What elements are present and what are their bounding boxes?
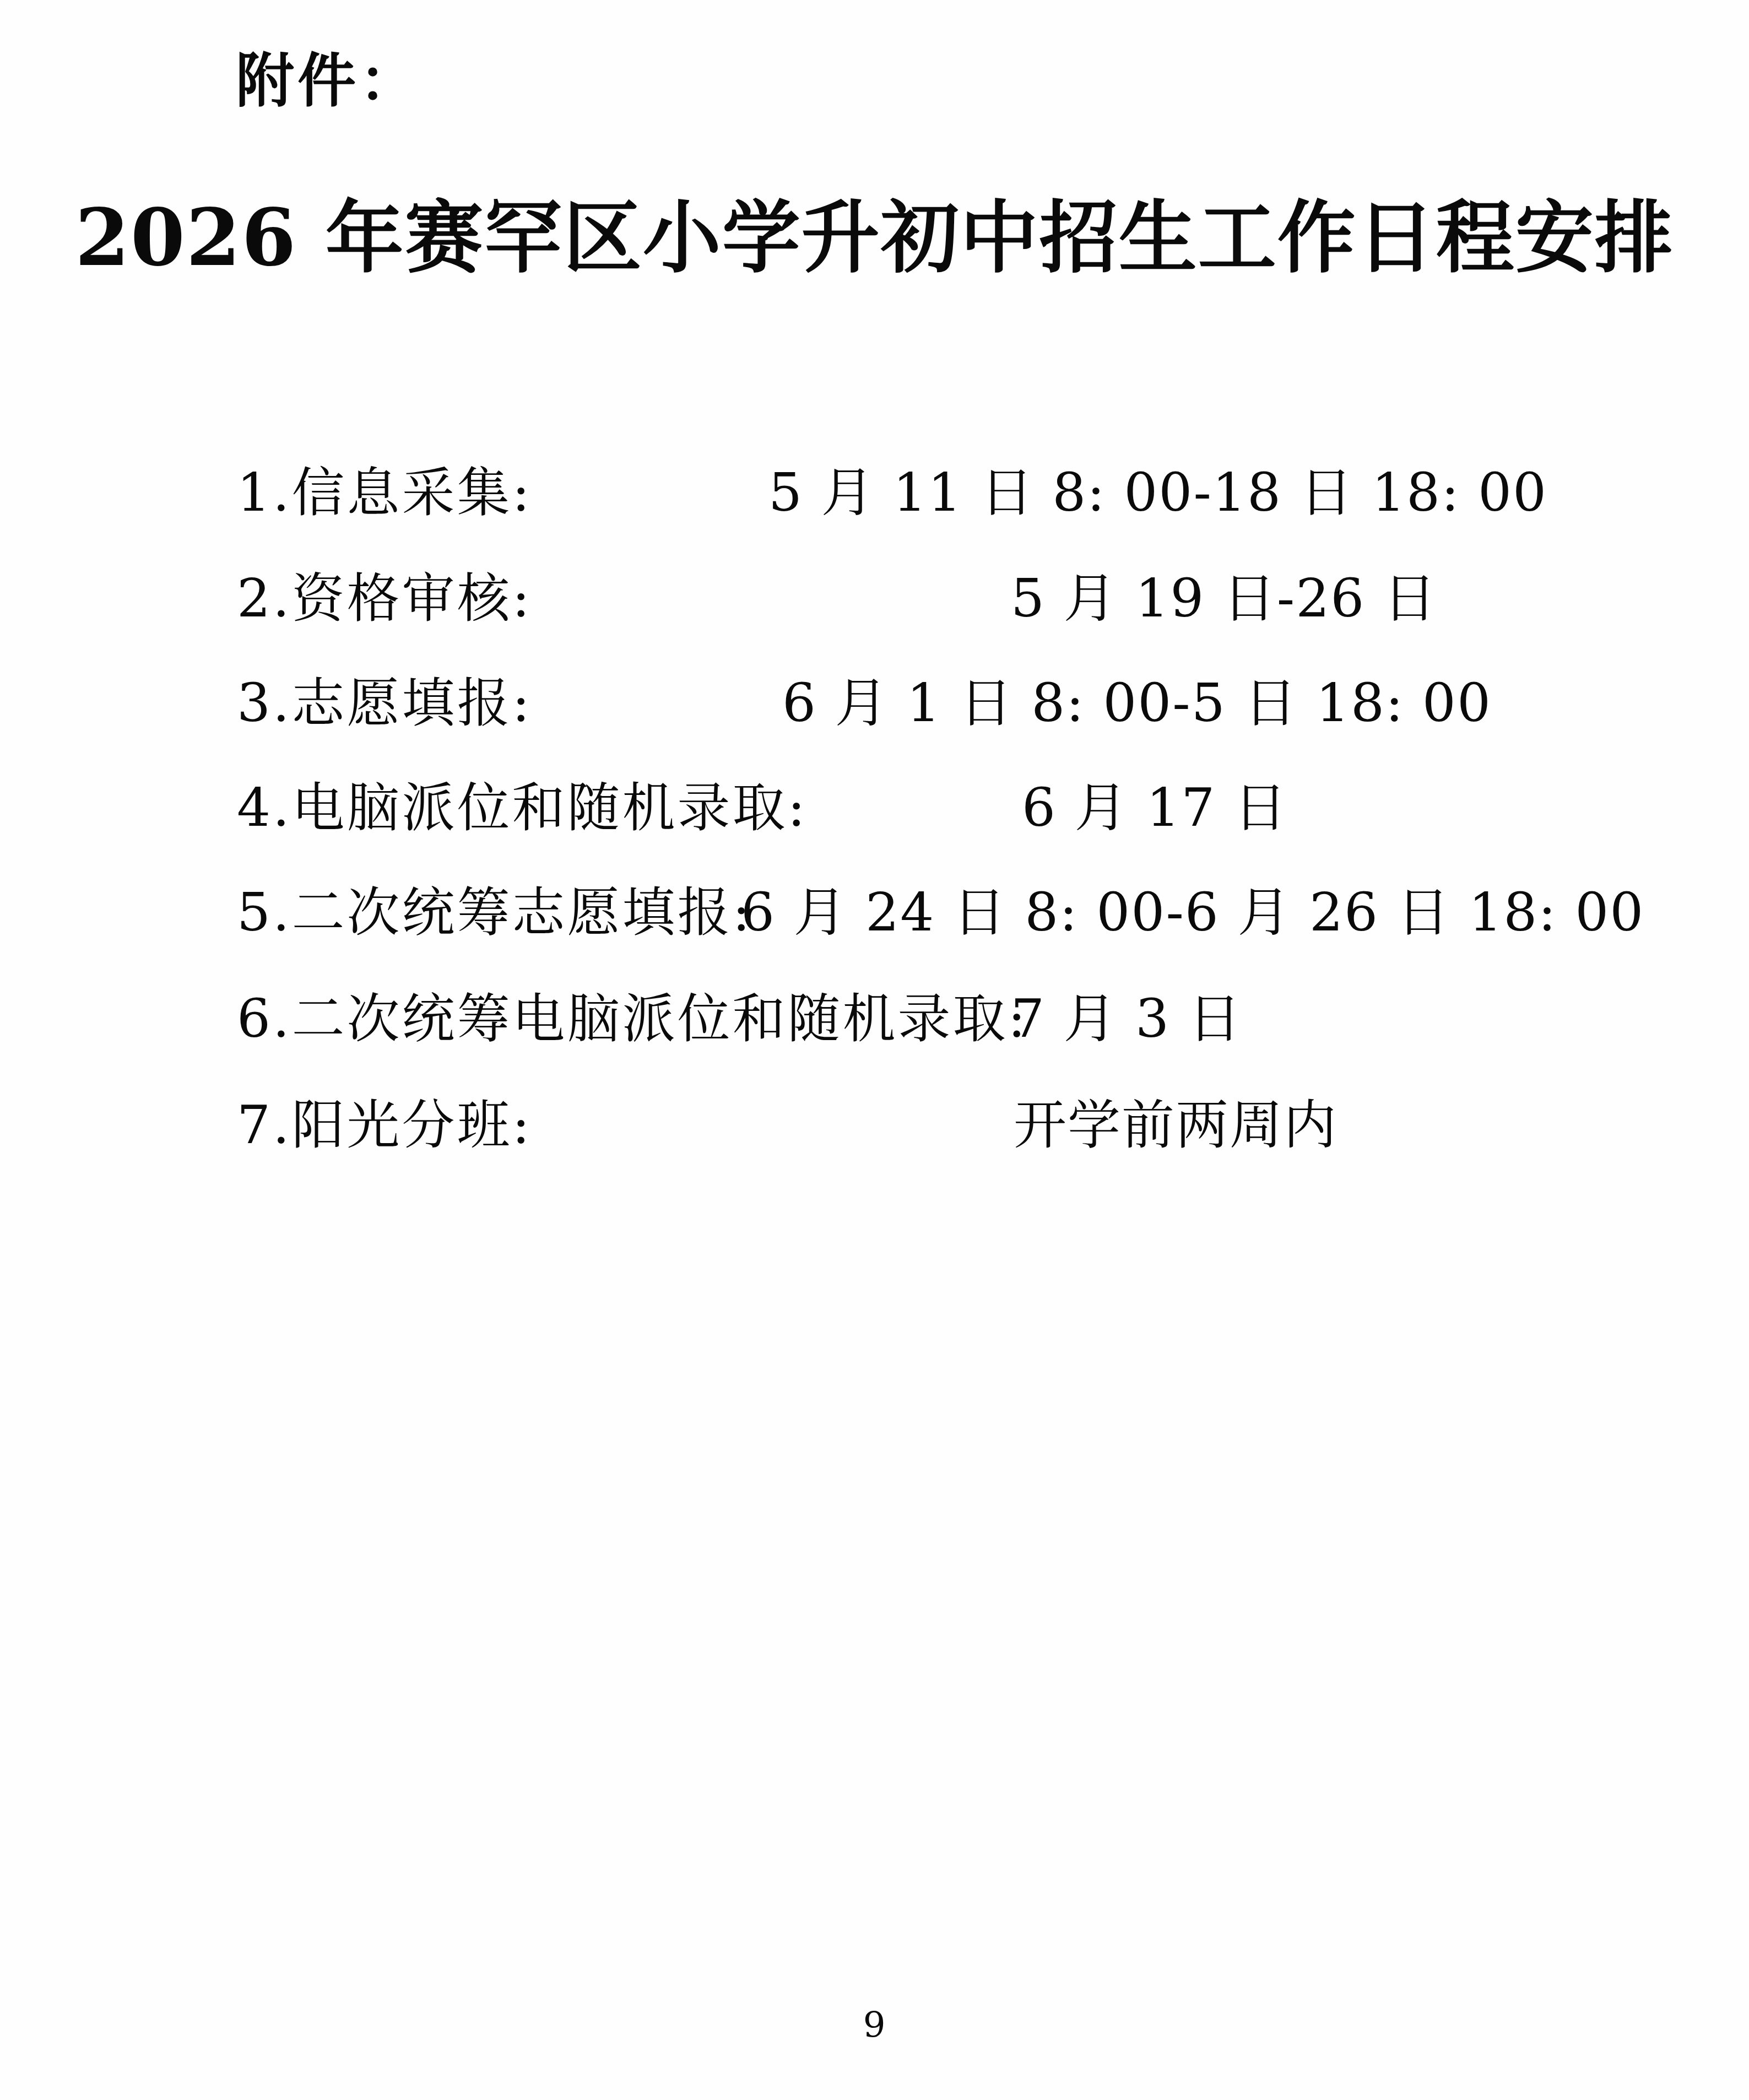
- item-date: 开学前两周内: [1014, 1083, 1338, 1159]
- item-label: 3.志愿填报:: [237, 661, 532, 737]
- schedule-item-1: 1.信息采集: 5 月 11 日 8: 00-18 日 18: 00: [0, 451, 1749, 517]
- schedule-item-5: 5.二次统筹志愿填报: 6 月 24 日 8: 00-6 月 26 日 18: …: [0, 870, 1749, 937]
- page-number: 9: [0, 2005, 1749, 2046]
- document-page: 附件： 2026 年赛罕区小学升初中招生工作日程安排 1.信息采集: 5 月 1…: [0, 0, 1749, 2100]
- schedule-item-3: 3.志愿填报: 6 月 1 日 8: 00-5 日 18: 00: [0, 661, 1749, 727]
- schedule-item-2: 2.资格审核: 5 月 19 日-26 日: [0, 556, 1749, 623]
- item-label: 5.二次统筹志愿填报:: [237, 870, 752, 946]
- schedule-item-6: 6.二次统筹电脑派位和随机录取: 7 月 3 日: [0, 977, 1749, 1043]
- item-label: 2.资格审核:: [237, 556, 532, 632]
- item-date: 6 月 17 日: [1022, 766, 1288, 841]
- item-label: 1.信息采集:: [237, 451, 532, 526]
- item-date: 5 月 11 日 8: 00-18 日 18: 00: [768, 451, 1547, 526]
- item-label: 4.电脑派位和随机录取:: [237, 766, 808, 841]
- item-date: 5 月 19 日-26 日: [1011, 556, 1437, 632]
- item-date: 6 月 1 日 8: 00-5 日 18: 00: [782, 661, 1492, 737]
- schedule-item-7: 7.阳光分班: 开学前两周内: [0, 1083, 1749, 1149]
- item-label: 6.二次统筹电脑派位和随机录取:: [237, 977, 1028, 1052]
- item-date: 6 月 24 日 8: 00-6 月 26 日 18: 00: [741, 870, 1644, 946]
- schedule-list: 1.信息采集: 5 月 11 日 8: 00-18 日 18: 00 2.资格审…: [0, 0, 1749, 2100]
- item-label: 7.阳光分班:: [237, 1083, 532, 1159]
- schedule-item-4: 4.电脑派位和随机录取: 6 月 17 日: [0, 766, 1749, 832]
- item-date: 7 月 3 日: [1011, 977, 1242, 1052]
